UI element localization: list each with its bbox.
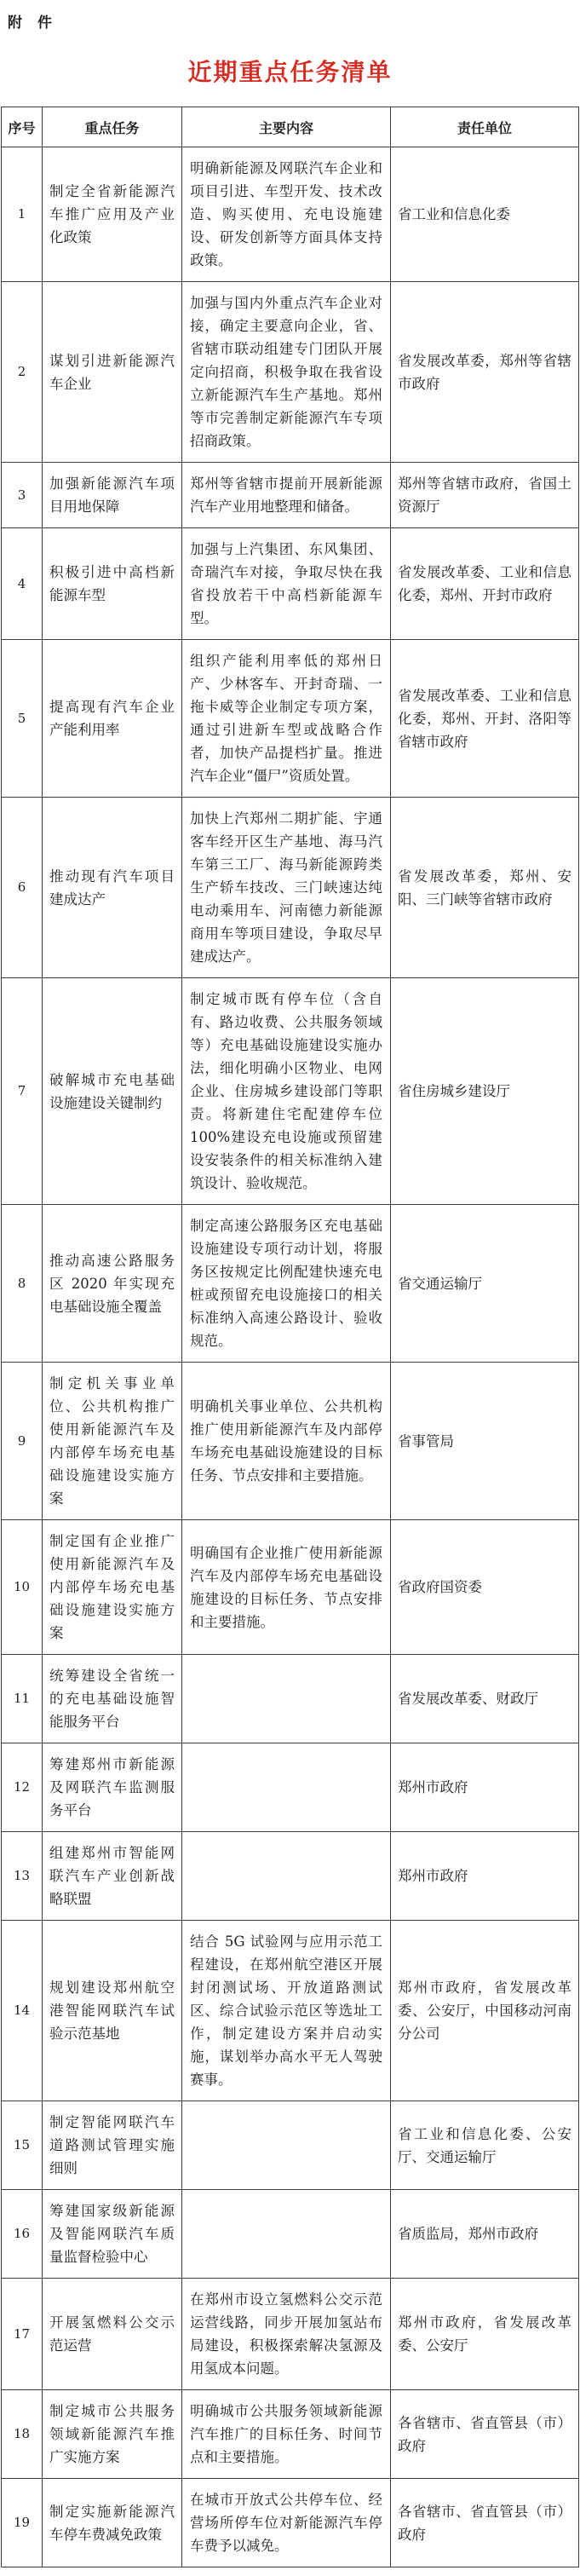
table-row: 1制定全省新能源汽车推广应用及产业化政策明确新能源及网联汽车企业和项目引进、车型… — [2, 147, 579, 282]
cell-content — [182, 2101, 391, 2190]
cell-content: 明确新能源及网联汽车企业和项目引进、车型开发、技术改造、购买使用、充电设施建设、… — [182, 147, 391, 282]
cell-no: 15 — [2, 2101, 43, 2190]
cell-content: 明确机关事业单位、公共机构推广使用新能源汽车及内部停车场充电基础设施建设的目标任… — [182, 1363, 391, 1520]
table-row: 17开展氢燃料公交示范运营在郑州市设立氢燃料公交示范运营线路，同步开展加氢站布局… — [2, 2279, 579, 2390]
cell-no: 18 — [2, 2390, 43, 2479]
cell-content: 明确城市公共服务领域新能源汽车推广的目标任务、时间节点和主要措施。 — [182, 2390, 391, 2479]
page-title: 近期重点任务清单 — [0, 54, 580, 88]
tasks-table: 序号 重点任务 主要内容 责任单位 1制定全省新能源汽车推广应用及产业化政策明确… — [1, 107, 579, 2567]
cell-task: 筹建郑州市新能源及网联汽车监测服务平台 — [43, 1743, 182, 1832]
table-row: 6推动现有汽车项目建成达产加快上汽郑州二期扩能、宇通客车经开区生产基地、海马汽车… — [2, 798, 579, 978]
cell-no: 8 — [2, 1205, 43, 1363]
cell-unit: 省发展改革委，郑州等省辖市政府 — [391, 282, 579, 463]
cell-task: 开展氢燃料公交示范运营 — [43, 2279, 182, 2390]
cell-unit: 省交通运输厅 — [391, 1205, 579, 1363]
cell-content — [182, 1832, 391, 1921]
cell-unit: 省工业和信息化委、公安厅、交通运输厅 — [391, 2101, 579, 2190]
cell-unit: 各省辖市、省直管县（市）政府 — [391, 2390, 579, 2479]
cell-unit: 郑州市政府 — [391, 1832, 579, 1921]
cell-unit: 省事管局 — [391, 1363, 579, 1520]
cell-task: 制定实施新能源汽车停车费减免政策 — [43, 2479, 182, 2567]
cell-unit: 省工业和信息化委 — [391, 147, 579, 282]
cell-task: 加强新能源汽车项目用地保障 — [43, 463, 182, 528]
table-row: 11统筹建设全省统一的充电基础设施智能服务平台省发展改革委、财政厅 — [2, 1655, 579, 1743]
cell-content: 明确国有企业推广使用新能源汽车及内部停车场充电基础设施建设的目标任务、节点安排和… — [182, 1520, 391, 1655]
cell-unit: 郑州等省辖市政府，省国土资源厅 — [391, 463, 579, 528]
table-row: 12筹建郑州市新能源及网联汽车监测服务平台郑州市政府 — [2, 1743, 579, 1832]
col-header-unit: 责任单位 — [391, 107, 579, 147]
table-row: 2谋划引进新能源汽车企业加强与国内外重点汽车企业对接，确定主要意向企业，省、省辖… — [2, 282, 579, 463]
cell-no: 6 — [2, 798, 43, 978]
cell-no: 4 — [2, 528, 43, 640]
table-row: 18制定城市公共服务领域新能源汽车推广实施方案明确城市公共服务领域新能源汽车推广… — [2, 2390, 579, 2479]
table-row: 8推动高速公路服务区 2020 年实现充电基础设施全覆盖制定高速公路服务区充电基… — [2, 1205, 579, 1363]
table-row: 7破解城市充电基础设施建设关键制约制定城市既有停车位（含自有、路边收费、公共服务… — [2, 978, 579, 1205]
cell-unit: 省发展改革委、财政厅 — [391, 1655, 579, 1743]
cell-task: 谋划引进新能源汽车企业 — [43, 282, 182, 463]
cell-no: 10 — [2, 1520, 43, 1655]
cell-task: 制定城市公共服务领域新能源汽车推广实施方案 — [43, 2390, 182, 2479]
cell-no: 19 — [2, 2479, 43, 2567]
cell-task: 制定全省新能源汽车推广应用及产业化政策 — [43, 147, 182, 282]
document-page: 附 件 近期重点任务清单 序号 重点任务 主要内容 责任单位 1制定全省新能源汽… — [0, 0, 580, 2567]
cell-unit: 省发展改革委，郑州、安阳、三门峡等省辖市政府 — [391, 798, 579, 978]
table-row: 19制定实施新能源汽车停车费减免政策在城市开放式公共停车位、经营场所停车位对新能… — [2, 2479, 579, 2567]
cell-task: 筹建国家级新能源及智能网联汽车质量监督检验中心 — [43, 2190, 182, 2279]
cell-no: 14 — [2, 1921, 43, 2101]
col-header-task: 重点任务 — [43, 107, 182, 147]
cell-no: 12 — [2, 1743, 43, 1832]
cell-task: 规划建设郑州航空港智能网联汽车试验示范基地 — [43, 1921, 182, 2101]
cell-content: 加强与上汽集团、东风集团、奇瑞汽车对接，争取尽快在我省投放若干中高档新能源车型。 — [182, 528, 391, 640]
cell-content: 加快上汽郑州二期扩能、宇通客车经开区生产基地、海马汽车第三工厂、海马新能源跨类生… — [182, 798, 391, 978]
cell-unit: 各省辖市、省直管县（市）政府 — [391, 2479, 579, 2567]
cell-no: 1 — [2, 147, 43, 282]
table-row: 15制定智能网联汽车道路测试管理实施细则省工业和信息化委、公安厅、交通运输厅 — [2, 2101, 579, 2190]
table-row: 14规划建设郑州航空港智能网联汽车试验示范基地结合 5G 试验网与应用示范工程建… — [2, 1921, 579, 2101]
cell-unit: 省发展改革委、工业和信息化委，郑州、开封、洛阳等省辖市政府 — [391, 640, 579, 798]
cell-no: 7 — [2, 978, 43, 1205]
cell-task: 破解城市充电基础设施建设关键制约 — [43, 978, 182, 1205]
cell-task: 提高现有汽车企业产能利用率 — [43, 640, 182, 798]
cell-unit: 郑州市政府，省发展改革委、公安厅 — [391, 2279, 579, 2390]
attachment-label: 附 件 — [8, 10, 580, 32]
cell-content — [182, 1655, 391, 1743]
cell-task: 制定国有企业推广使用新能源汽车及内部停车场充电基础设施建设实施方案 — [43, 1520, 182, 1655]
table-row: 3加强新能源汽车项目用地保障郑州等省辖市提前开展新能源汽车产业用地整理和储备。郑… — [2, 463, 579, 528]
table-row: 10制定国有企业推广使用新能源汽车及内部停车场充电基础设施建设实施方案明确国有企… — [2, 1520, 579, 1655]
cell-no: 16 — [2, 2190, 43, 2279]
cell-unit: 省质监局，郑州市政府 — [391, 2190, 579, 2279]
cell-content: 在城市开放式公共停车位、经营场所停车位对新能源汽车停车费予以减免。 — [182, 2479, 391, 2567]
cell-content: 组织产能利用率低的郑州日产、少林客车、开封奇瑞、一拖卡威等企业制定专项方案，通过… — [182, 640, 391, 798]
cell-content: 结合 5G 试验网与应用示范工程建设，在郑州航空港区开展封闭测试场、开放道路测试… — [182, 1921, 391, 2101]
col-header-no: 序号 — [2, 107, 43, 147]
cell-content: 制定城市既有停车位（含自有、路边收费、公共服务领域等）充电基础设施建设实施办法，… — [182, 978, 391, 1205]
cell-unit: 郑州市政府 — [391, 1743, 579, 1832]
cell-content: 在郑州市设立氢燃料公交示范运营线路，同步开展加氢站布局建设，积极探索解决氢源及用… — [182, 2279, 391, 2390]
cell-unit: 省政府国资委 — [391, 1520, 579, 1655]
cell-content — [182, 2190, 391, 2279]
cell-task: 推动现有汽车项目建成达产 — [43, 798, 182, 978]
cell-task: 统筹建设全省统一的充电基础设施智能服务平台 — [43, 1655, 182, 1743]
table-row: 16筹建国家级新能源及智能网联汽车质量监督检验中心省质监局，郑州市政府 — [2, 2190, 579, 2279]
cell-no: 13 — [2, 1832, 43, 1921]
cell-task: 推动高速公路服务区 2020 年实现充电基础设施全覆盖 — [43, 1205, 182, 1363]
table-row: 9制定机关事业单位、公共机构推广使用新能源汽车及内部停车场充电基础设施建设实施方… — [2, 1363, 579, 1520]
cell-content: 郑州等省辖市提前开展新能源汽车产业用地整理和储备。 — [182, 463, 391, 528]
cell-no: 2 — [2, 282, 43, 463]
col-header-content: 主要内容 — [182, 107, 391, 147]
cell-task: 制定机关事业单位、公共机构推广使用新能源汽车及内部停车场充电基础设施建设实施方案 — [43, 1363, 182, 1520]
table-row: 4积极引进中高档新能源车型加强与上汽集团、东风集团、奇瑞汽车对接，争取尽快在我省… — [2, 528, 579, 640]
cell-no: 3 — [2, 463, 43, 528]
cell-task: 制定智能网联汽车道路测试管理实施细则 — [43, 2101, 182, 2190]
cell-task: 积极引进中高档新能源车型 — [43, 528, 182, 640]
cell-task: 组建郑州市智能网联汽车产业创新战略联盟 — [43, 1832, 182, 1921]
cell-content — [182, 1743, 391, 1832]
cell-content: 制定高速公路服务区充电基础设施建设专项行动计划，将服务区按规定比例配建快速充电桩… — [182, 1205, 391, 1363]
cell-no: 9 — [2, 1363, 43, 1520]
table-row: 13组建郑州市智能网联汽车产业创新战略联盟郑州市政府 — [2, 1832, 579, 1921]
cell-content: 加强与国内外重点汽车企业对接，确定主要意向企业，省、省辖市联动组建专门团队开展定… — [182, 282, 391, 463]
cell-unit: 省发展改革委、工业和信息化委，郑州、开封市政府 — [391, 528, 579, 640]
table-row: 5提高现有汽车企业产能利用率组织产能利用率低的郑州日产、少林客车、开封奇瑞、一拖… — [2, 640, 579, 798]
cell-no: 5 — [2, 640, 43, 798]
table-header-row: 序号 重点任务 主要内容 责任单位 — [2, 107, 579, 147]
cell-unit: 郑州市政府，省发展改革委、公安厅，中国移动河南分公司 — [391, 1921, 579, 2101]
cell-no: 17 — [2, 2279, 43, 2390]
cell-no: 11 — [2, 1655, 43, 1743]
cell-unit: 省住房城乡建设厅 — [391, 978, 579, 1205]
